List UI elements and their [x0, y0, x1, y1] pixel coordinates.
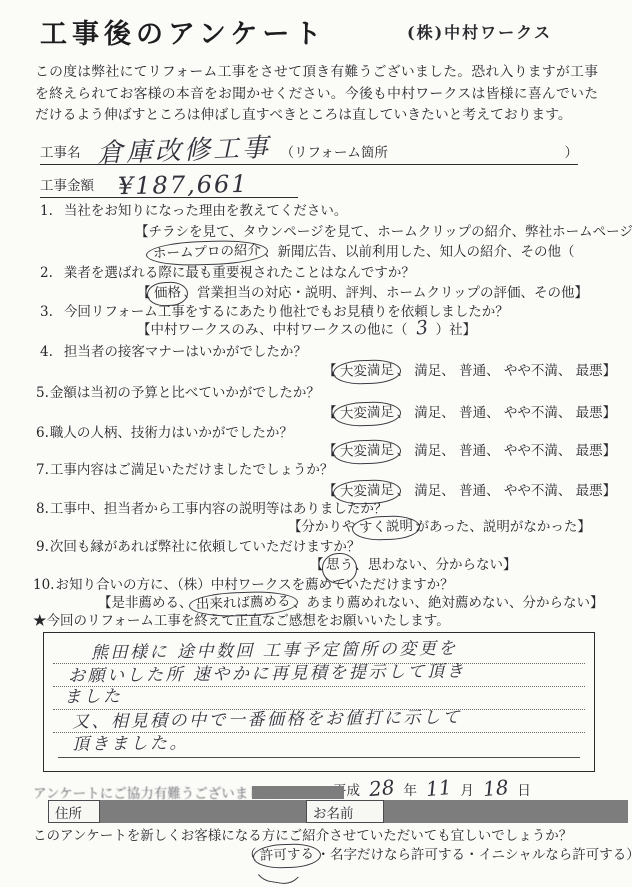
- project-name-row: 工事名 倉庫改修工事 （リフォーム箇所 ）: [40, 133, 578, 165]
- reform-location-close-paren: ）: [565, 141, 579, 164]
- question-10-number: 10.: [33, 576, 54, 594]
- question-9: 9.次回も縁があれば弊社に依頼していただけますか？: [36, 538, 360, 556]
- feedback-handwritten-line: ました: [64, 686, 123, 709]
- project-amount-handwritten: ¥187,661: [118, 172, 249, 198]
- circle-annotation-q8-explained: すく説明: [351, 515, 420, 541]
- question-6-rating: 【大変満足、 満足、 普通、 やや不満、 最悪】: [323, 442, 616, 461]
- rating-rest: 、 満足、 普通、 やや不満、 最悪】: [397, 405, 617, 421]
- referral-permission-options: （許可する・名字だけなら許可する・イニシャルなら許可する）: [243, 846, 632, 865]
- question-3-options-rest: ）社】: [436, 322, 477, 338]
- project-name-handwritten: 倉庫改修工事: [96, 135, 271, 167]
- question-3-number: 3.: [40, 303, 53, 321]
- address-label-text: 住所: [55, 802, 82, 822]
- guide-line-solid: [58, 757, 580, 758]
- question-10-options-rest: 、あまり薦めれない、絶対薦めない、分からない】: [293, 595, 604, 611]
- month-handwritten: 11: [425, 779, 452, 797]
- redaction-bar-small: [252, 786, 344, 799]
- month-unit-label: 月: [460, 779, 474, 799]
- question-1-options-line2: ホームプロの紹介、新聞広告、以前利用した、知人の紹介、その他（ ）】: [150, 243, 632, 262]
- reform-location-label: （リフォーム箇所: [281, 141, 388, 164]
- question-10-options: 【是非薦める、出来れば薦める、あまり薦めれない、絶対薦めない、分からない】: [98, 594, 604, 613]
- question-5-rating: 【大変満足、 満足、 普通、 やや不満、 最悪】: [323, 404, 616, 423]
- feedback-comment-box: 熊田様に 途中数回 工事予定箇所の変更を お願いした所 速やかに再見積を提示して…: [43, 632, 595, 772]
- question-3-text: 今回リフォーム工事をするにあたり他社でもお見積りを依頼しましたか？: [64, 304, 509, 320]
- question-6-number: 6.: [36, 424, 49, 442]
- question-2-number: 2.: [40, 264, 53, 282]
- question-9-number: 9.: [36, 538, 49, 556]
- name-field-label: お名前: [306, 800, 384, 823]
- question-8: 8.工事中、担当者から工事内容の説明等はありましたか？: [36, 500, 387, 518]
- day-unit-label: 日: [517, 779, 531, 799]
- feedback-handwritten-line: お願いした所 速やかに再見積を提示して頂き: [68, 661, 466, 688]
- question-2: 2.業者を選ばれる際に最も重要視されたことはなんですか？: [40, 264, 415, 282]
- question-4-rating: 【大変満足、 満足、 普通、 やや不満、 最悪】: [323, 362, 616, 381]
- circle-annotation-q5-very-satisfied: 大変満足: [332, 401, 401, 427]
- question-3-handwritten-count: 3: [415, 320, 428, 335]
- question-2-options-rest: 、営業担当の対応・説明、評判、ホームクリップの評価、その他】: [184, 285, 588, 301]
- referral-question: このアンケートを新しくお客様になる方にご紹介させていただいても宜しいでしょうか？: [33, 827, 572, 845]
- question-6-text: 職人の人柄、技術力はいかがでしたか？: [50, 425, 293, 441]
- feedback-handwritten-line: 頂きました。: [72, 732, 189, 755]
- question-8-options-pre: 【分かりや: [288, 519, 356, 535]
- rating-rest: 、 満足、 普通、 やや不満、 最悪】: [397, 363, 617, 379]
- question-9-options-rest: 、思わない、分からない】: [355, 557, 517, 573]
- address-field-label: 住所: [48, 800, 100, 823]
- question-4-text: 担当者の接客マナーはいかがでしたか？: [64, 344, 307, 360]
- question-2-options: 【価格、営業担当の対応・説明、評判、ホームクリップの評価、その他】: [137, 284, 588, 303]
- question-8-options: 【分かりやすく説明があった、説明がなかった】: [288, 518, 591, 537]
- year-handwritten: 28: [368, 779, 395, 797]
- circle-annotation-q1-homepro: ホームプロの紹介: [146, 239, 269, 267]
- question-4-number: 4.: [40, 343, 53, 361]
- name-label-text: お名前: [313, 802, 354, 822]
- question-4: 4.担当者の接客マナーはいかがでしたか？: [40, 343, 307, 361]
- question-5-text: 金額は当初の予算と比べていかがでしたか？: [50, 385, 320, 401]
- feedback-prompt: ★今回のリフォーム工事を終えて正直なご感想をお願いいたします。: [33, 612, 450, 630]
- feedback-handwritten-line: 熊田様に 途中数回 工事予定箇所の変更を: [91, 638, 458, 664]
- rating-rest: 、 満足、 普通、 やや不満、 最悪】: [397, 443, 617, 459]
- page-title: 工事後のアンケート: [40, 12, 326, 51]
- question-5-number: 5.: [36, 384, 49, 402]
- question-7-number: 7.: [36, 461, 49, 479]
- question-10-options-pre: 【是非薦める、: [98, 595, 193, 611]
- scanned-survey-page: 工事後のアンケート (株)中村ワークス この度は弊社にてリフォーム工事をさせて頂…: [0, 0, 632, 887]
- question-1-number: 1.: [40, 202, 53, 220]
- question-8-text: 工事中、担当者から工事内容の説明等はありましたか？: [50, 501, 388, 517]
- question-3: 3.今回リフォーム工事をするにあたり他社でもお見積りを依頼しましたか？: [40, 303, 509, 321]
- question-8-number: 8.: [36, 500, 49, 518]
- project-name-label: 工事名: [40, 141, 81, 164]
- circle-annotation-q4-very-satisfied: 大変満足: [332, 359, 401, 385]
- feedback-handwritten-line: 又、相見積の中で一番価格をお値打に示して: [72, 707, 462, 734]
- question-3-options-pre: 【中村ワークスのみ、中村ワークスの他に（: [137, 322, 408, 338]
- question-7-text: 工事内容はご満足いただけましたでしょうか？: [50, 462, 334, 478]
- intro-paragraph: この度は弊社にてリフォーム工事をさせて頂き有難うございました。恐れ入りますが工事…: [35, 62, 598, 127]
- project-amount-row: 工事金額 ¥187,661: [40, 169, 298, 198]
- question-10-text: お知り合いの方に、（株）中村ワークスを薦めていただけますか？: [55, 577, 453, 593]
- question-7: 7.工事内容はご満足いただけましたでしょうか？: [36, 461, 333, 479]
- permit-options-rest: ・名字だけなら許可する・イニシャルなら許可する）: [317, 847, 632, 863]
- project-amount-label: 工事金額: [40, 174, 94, 197]
- question-1: 1.当社をお知りになった理由を教えてください。: [40, 202, 347, 220]
- day-handwritten: 18: [482, 779, 509, 797]
- thanks-note: アンケートにご協力有難うございました：: [33, 782, 289, 802]
- date-row: 平成 28 年 11 月 18 日: [333, 779, 531, 799]
- question-8-options-rest: があった、説明がなかった】: [416, 519, 591, 535]
- year-unit-label: 年: [403, 779, 417, 799]
- question-2-text: 業者を選ばれる際に最も重要視されたことはなんですか？: [64, 265, 415, 281]
- question-5: 5.金額は当初の予算と比べていかがでしたか？: [36, 384, 320, 402]
- question-7-rating: 【大変満足、 満足、 普通、 やや不満、 最悪】: [323, 482, 616, 501]
- circle-annotation-q6-very-satisfied: 大変満足: [332, 439, 401, 465]
- question-1-options-line2-rest: 、新聞広告、以前利用した、知人の紹介、その他（ ）】: [264, 244, 632, 260]
- company-name: (株)中村ワークス: [407, 20, 552, 43]
- question-1-text: 当社をお知りになった理由を教えてください。: [64, 203, 348, 219]
- question-3-options: 【中村ワークスのみ、中村ワークスの他に（3）社】: [137, 321, 476, 339]
- question-1-options-line1: 【チラシを見て、タウンページを見て、ホームクリップの紹介、弊社ホームページ: [135, 223, 632, 241]
- question-9-text: 次回も縁があれば弊社に依頼していただけますか？: [50, 539, 361, 555]
- rating-rest: 、 満足、 普通、 やや不満、 最悪】: [397, 483, 617, 499]
- question-6: 6.職人の人柄、技術力はいかがでしたか？: [36, 424, 293, 442]
